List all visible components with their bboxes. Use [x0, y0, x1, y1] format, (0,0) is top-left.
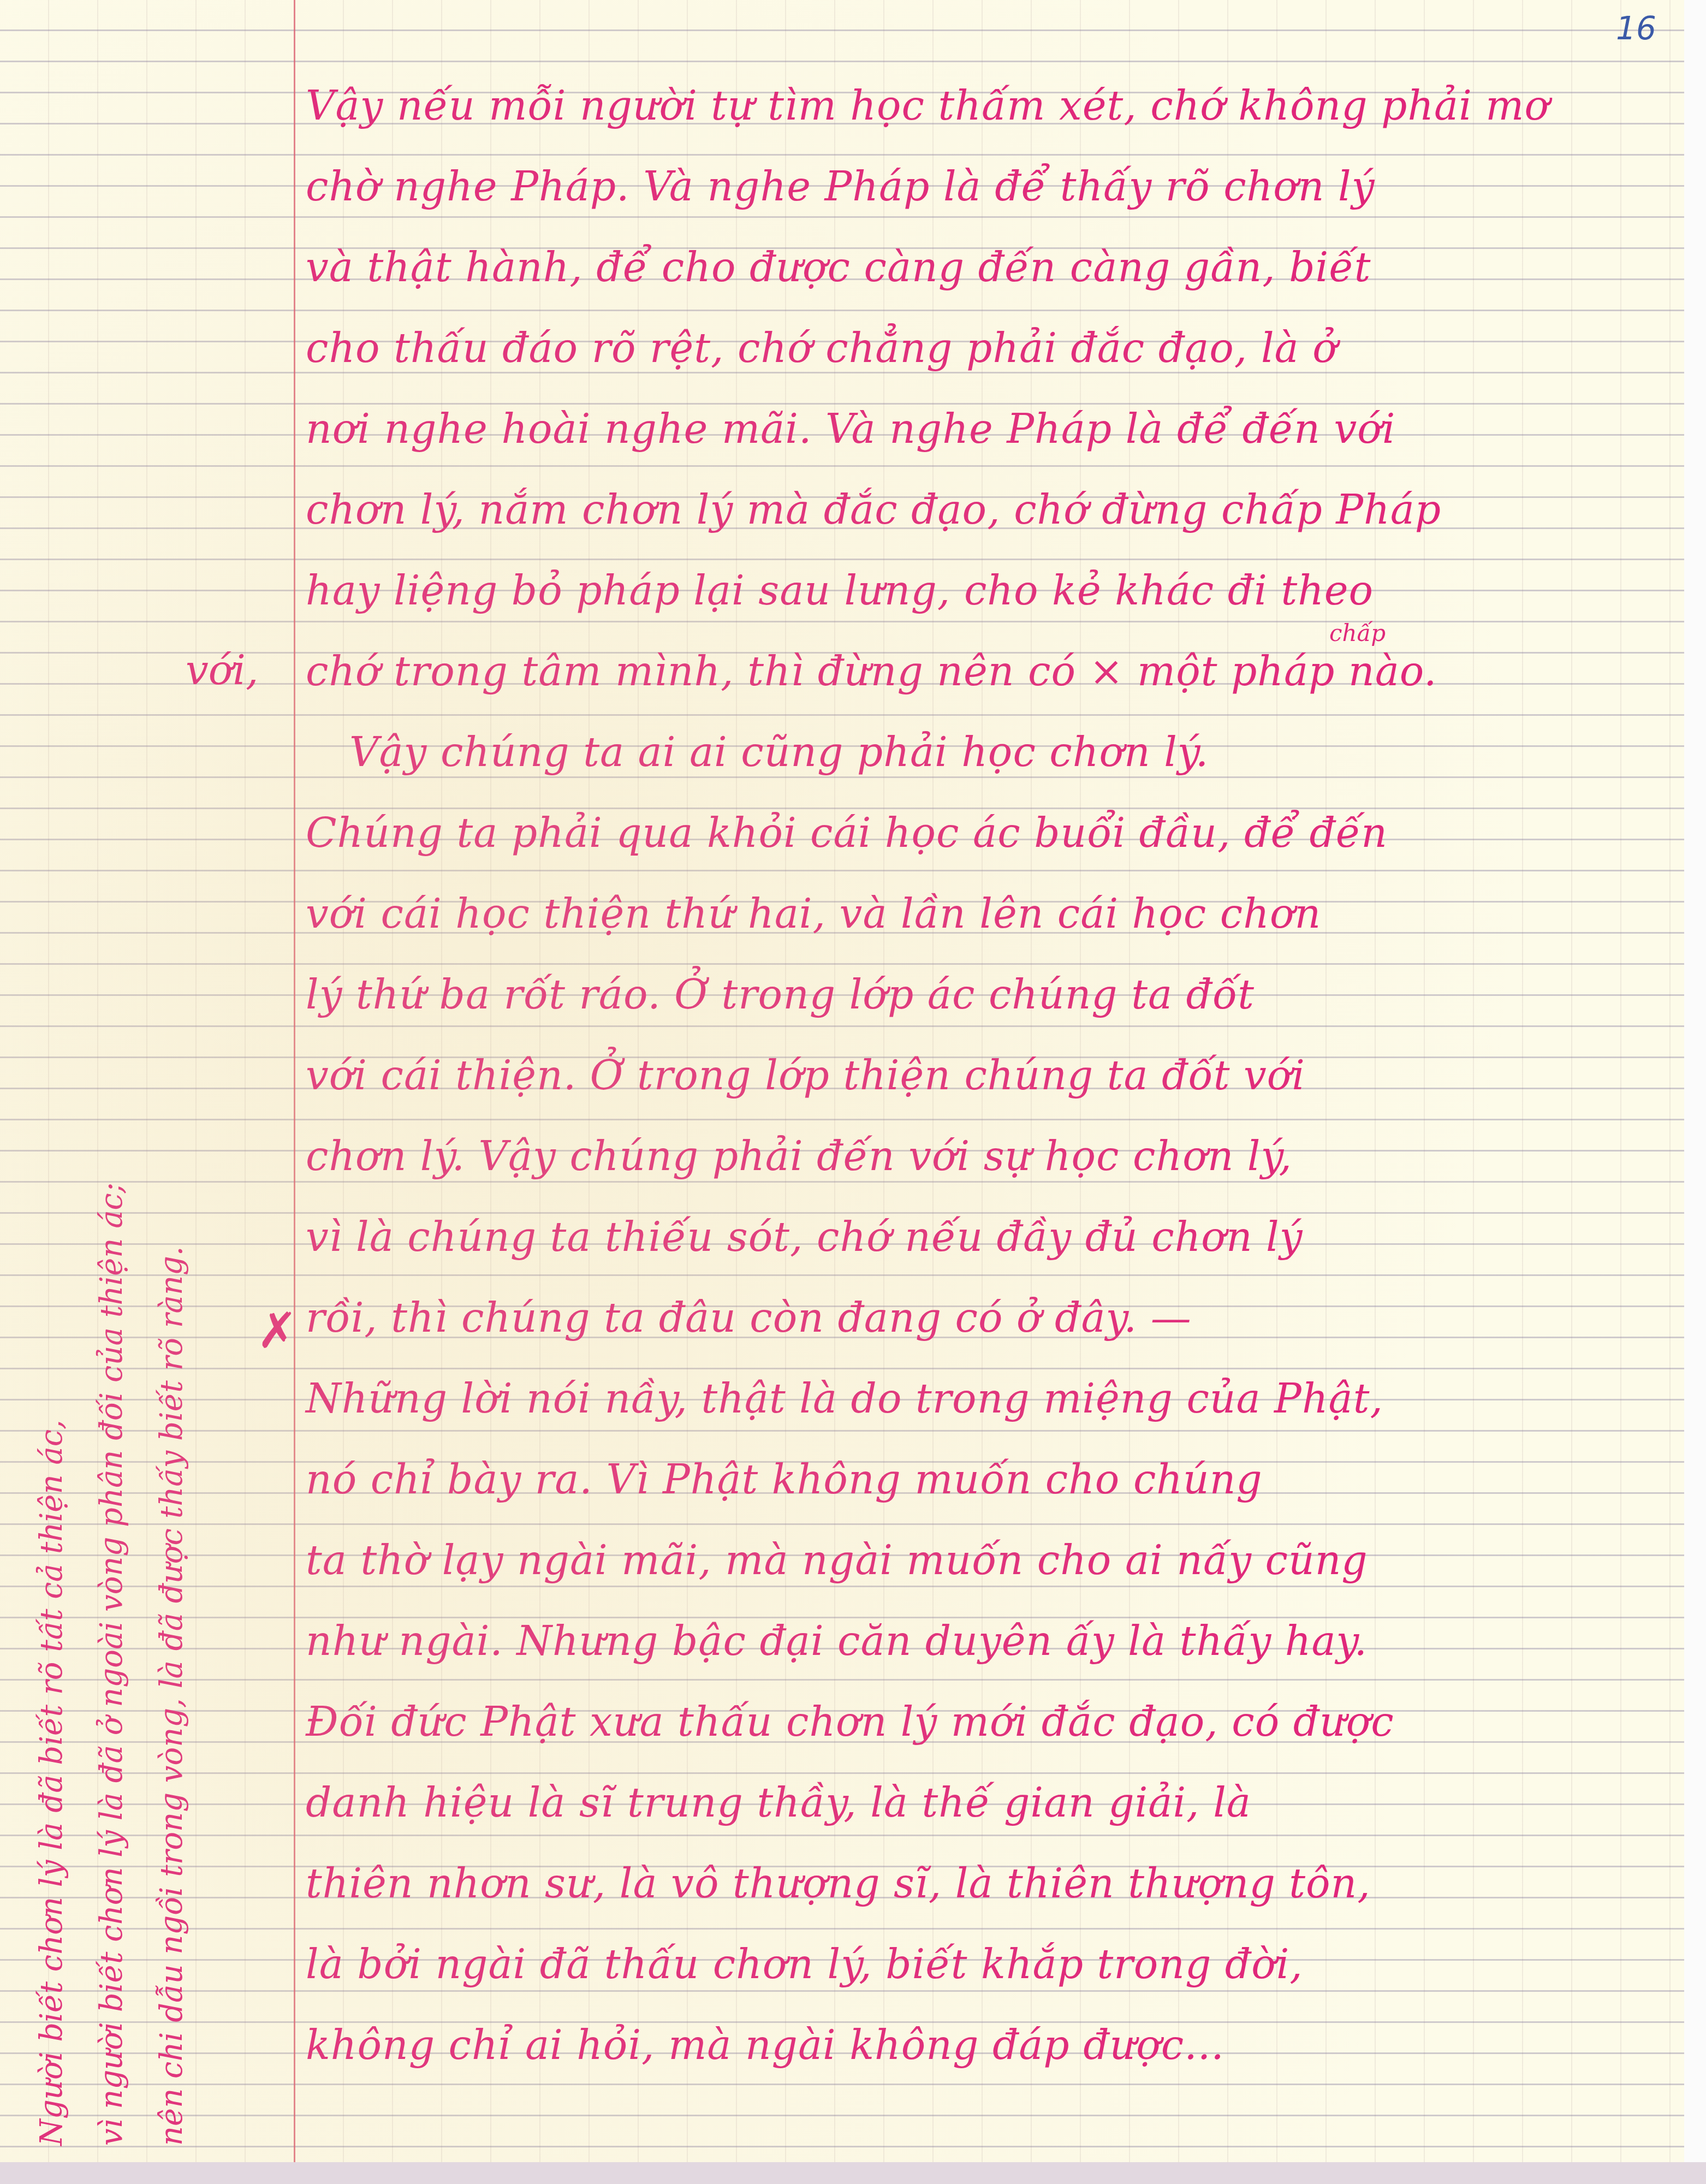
text-line: Đối đức Phật xưa thấu chơn lý mới đắc đạ…	[306, 1682, 1681, 1762]
page-number: 16	[1616, 10, 1656, 47]
text-line: ta thờ lạy ngài mãi, mà ngài muốn cho ai…	[306, 1520, 1681, 1601]
scan-background	[0, 2162, 1706, 2184]
text-line: chơn lý, nắm chơn lý mà đắc đạo, chớ đừn…	[306, 470, 1681, 550]
handwritten-body: Vậy nếu mỗi người tự tìm học thấm xét, c…	[306, 66, 1681, 2086]
text-line: và thật hành, để cho được càng đến càng …	[306, 227, 1681, 308]
text-line: chơn lý. Vậy chúng phải đến với sự học c…	[306, 1116, 1681, 1197]
text-line: nó chỉ bày ra. Vì Phật không muốn cho ch…	[306, 1439, 1681, 1520]
text-line: Những lời nói nầy, thật là do trong miện…	[306, 1358, 1681, 1439]
text-line: chớ trong tâm mình, thì đừng nên có × mộ…	[306, 631, 1681, 712]
margin-word: với,	[186, 647, 259, 694]
text-line: cho thấu đáo rõ rệt, chớ chẳng phải đắc …	[306, 308, 1681, 389]
text-line: lý thứ ba rốt ráo. Ở trong lớp ác chúng …	[306, 954, 1681, 1035]
text-line: chờ nghe Pháp. Và nghe Pháp là để thấy r…	[306, 146, 1681, 227]
side-note-line: nên chi dẫu ngồi trong vòng, là đã được …	[142, 1183, 202, 2146]
page-edge	[1684, 0, 1706, 2162]
notebook-page: 16 với, chấp ✗ Vậy nếu mỗi người tự tìm …	[0, 0, 1706, 2162]
text-line: Vậy nếu mỗi người tự tìm học thấm xét, c…	[306, 66, 1681, 146]
text-line: danh hiệu là sĩ trung thầy, là thế gian …	[306, 1762, 1681, 1843]
text-line: hay liệng bỏ pháp lại sau lưng, cho kẻ k…	[306, 550, 1681, 631]
text-line: là bởi ngài đã thấu chơn lý, biết khắp t…	[306, 1924, 1681, 2005]
margin-rule	[294, 0, 295, 2162]
side-note-line: Người biết chơn lý là đã biết rõ tất cả …	[22, 1183, 82, 2146]
text-line: vì là chúng ta thiếu sót, chớ nếu đầy đủ…	[306, 1197, 1681, 1278]
text-line: như ngài. Nhưng bậc đại căn duyên ấy là …	[306, 1601, 1681, 1682]
text-line: rồi, thì chúng ta đâu còn đang có ở đây.…	[306, 1278, 1681, 1358]
text-line: Vậy chúng ta ai ai cũng phải học chơn lý…	[306, 712, 1681, 793]
vertical-margin-note: Người biết chơn lý là đã biết rõ tất cả …	[22, 1183, 202, 2146]
text-line: với cái học thiện thứ hai, và lần lên cá…	[306, 874, 1681, 954]
text-line: thiên nhơn sư, là vô thượng sĩ, là thiên…	[306, 1843, 1681, 1924]
side-note-line: vì người biết chơn lý là đã ở ngoài vòng…	[82, 1183, 142, 2146]
text-line: không chỉ ai hỏi, mà ngài không đáp được…	[306, 2005, 1681, 2086]
text-line: Chúng ta phải qua khỏi cái học ác buổi đ…	[306, 793, 1681, 874]
insert-mark-icon: ✗	[257, 1302, 298, 1360]
text-line: nơi nghe hoài nghe mãi. Và nghe Pháp là …	[306, 389, 1681, 470]
text-line: với cái thiện. Ở trong lớp thiện chúng t…	[306, 1035, 1681, 1116]
